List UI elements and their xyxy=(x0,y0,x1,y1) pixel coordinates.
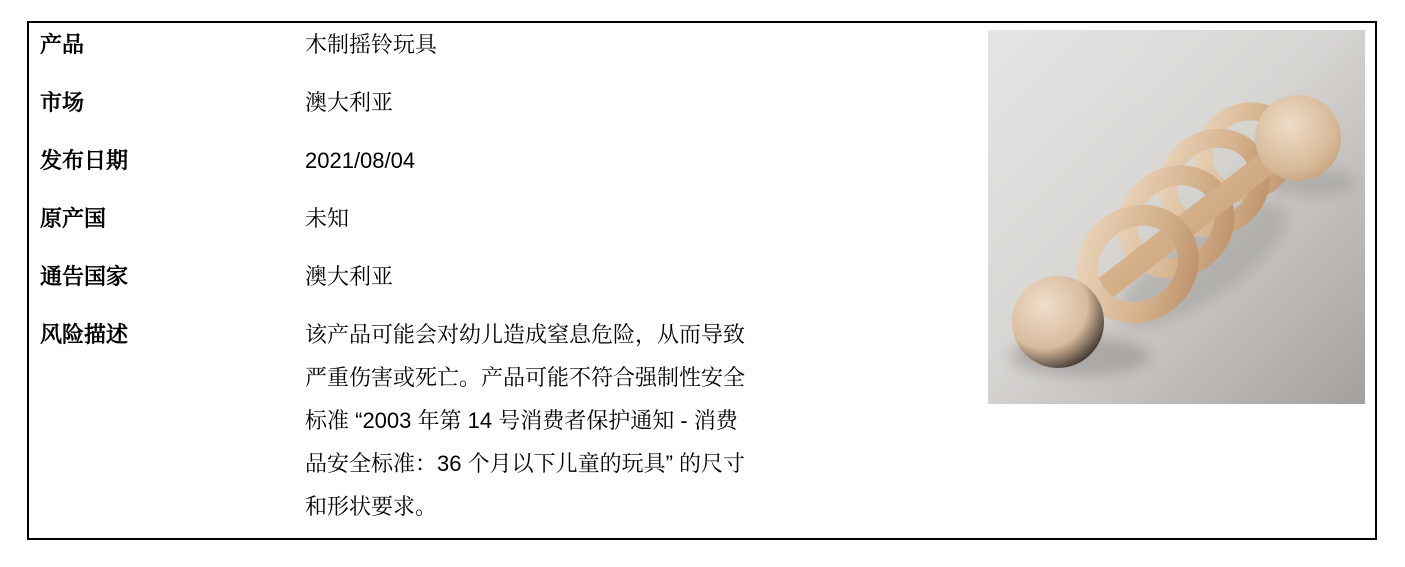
table-row: 原产国 未知 xyxy=(40,197,980,241)
risk-description-text: 该产品可能会对幼儿造成窒息危险，从而导致 严重伤害或死亡。产品可能不符合强制性安… xyxy=(305,313,895,528)
row-label-risk-description: 风险描述 xyxy=(40,313,305,357)
page: 产品 木制摇铃玩具 市场 澳大利亚 发布日期 2021/08/04 原产国 未知… xyxy=(0,0,1405,567)
row-label-notifying-country: 通告国家 xyxy=(40,255,305,299)
info-rows: 产品 木制摇铃玩具 市场 澳大利亚 发布日期 2021/08/04 原产国 未知… xyxy=(40,23,980,528)
row-label-publish-date: 发布日期 xyxy=(40,139,305,183)
row-label-product: 产品 xyxy=(40,23,305,67)
product-photo xyxy=(988,30,1365,404)
rattle-ball-right xyxy=(1255,95,1341,181)
rattle-ball-left xyxy=(1012,276,1104,368)
table-row: 发布日期 2021/08/04 xyxy=(40,139,980,183)
risk-line: 该产品可能会对幼儿造成窒息危险，从而导致 xyxy=(305,313,895,356)
risk-line: 标准 “2003 年第 14 号消费者保护通知 - 消费 xyxy=(305,399,895,442)
risk-line: 品安全标准：36 个月以下儿童的玩具” 的尺寸 xyxy=(305,442,895,485)
row-value-publish-date: 2021/08/04 xyxy=(305,139,415,183)
row-value-notifying-country: 澳大利亚 xyxy=(305,255,393,299)
row-label-market: 市场 xyxy=(40,81,305,125)
risk-line: 严重伤害或死亡。产品可能不符合强制性安全 xyxy=(305,356,895,399)
wooden-rattle-illustration xyxy=(988,30,1365,404)
row-value-origin-country: 未知 xyxy=(305,197,349,241)
risk-line: 和形状要求。 xyxy=(305,485,895,528)
table-row: 通告国家 澳大利亚 xyxy=(40,255,980,299)
row-value-product: 木制摇铃玩具 xyxy=(305,23,437,67)
row-label-origin-country: 原产国 xyxy=(40,197,305,241)
table-row-risk: 风险描述 该产品可能会对幼儿造成窒息危险，从而导致 严重伤害或死亡。产品可能不符… xyxy=(40,313,980,528)
table-row: 产品 木制摇铃玩具 xyxy=(40,23,980,67)
row-value-market: 澳大利亚 xyxy=(305,81,393,125)
recall-info-table: 产品 木制摇铃玩具 市场 澳大利亚 发布日期 2021/08/04 原产国 未知… xyxy=(27,21,1377,540)
table-row: 市场 澳大利亚 xyxy=(40,81,980,125)
